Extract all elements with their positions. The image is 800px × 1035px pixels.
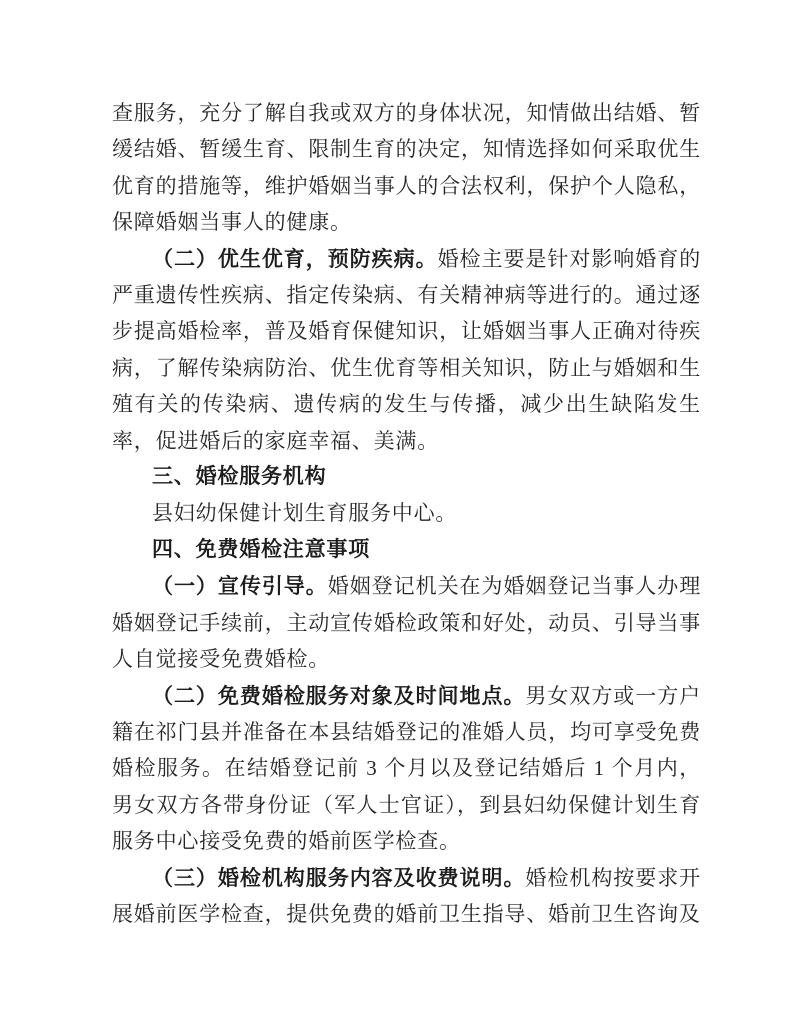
paragraph-text: 查服务，充分了解自我或双方的身体状况，知情做出结婚、暂缓结婚、暂缓生育、限制生育… (112, 101, 701, 234)
paragraph-lead: （二）优生优育，预防疾病。 (152, 247, 438, 271)
paragraph-text: 县妇幼保健计划生育服务中心。 (152, 501, 457, 525)
paragraph: （三）婚检机构服务内容及收费说明。婚检机构按要求开展婚前医学检查，提供免费的婚前… (112, 860, 701, 933)
paragraph-text: 婚检主要是针对影响婚育的严重遗传性疾病、指定传染病、有关精神病等进行的。通过逐步… (112, 247, 701, 453)
paragraph: （一）宣传引导。婚姻登记机关在为婚姻登记当事人办理婚姻登记手续前，主动宣传婚检政… (112, 568, 701, 677)
section-heading-text: 三、婚检服务机构 (152, 465, 326, 488)
paragraph-lead: （三）婚检机构服务内容及收费说明。 (152, 866, 525, 890)
section-heading-4: 四、免费婚检注意事项 (112, 532, 701, 568)
paragraph-continuation: 查服务，充分了解自我或双方的身体状况，知情做出结婚、暂缓结婚、暂缓生育、限制生育… (112, 95, 701, 241)
paragraph: 县妇幼保健计划生育服务中心。 (112, 495, 701, 531)
document-page: 查服务，充分了解自我或双方的身体状况，知情做出结婚、暂缓结婚、暂缓生育、限制生育… (0, 0, 800, 1035)
document-content: 查服务，充分了解自我或双方的身体状况，知情做出结婚、暂缓结婚、暂缓生育、限制生育… (112, 95, 701, 932)
paragraph: （二）免费婚检服务对象及时间地点。男女双方或一方户籍在祁门县并准备在本县结婚登记… (112, 678, 701, 860)
paragraph: （二）优生优育，预防疾病。婚检主要是针对影响婚育的严重遗传性疾病、指定传染病、有… (112, 241, 701, 459)
paragraph-lead: （二）免费婚检服务对象及时间地点。 (152, 684, 525, 708)
paragraph-lead: （一）宣传引导。 (152, 574, 328, 598)
paragraph-text: 男女双方或一方户籍在祁门县并准备在本县结婚登记的准婚人员，均可享受免费婚检服务。… (112, 684, 701, 854)
section-heading-text: 四、免费婚检注意事项 (152, 538, 370, 561)
section-heading-3: 三、婚检服务机构 (112, 459, 701, 495)
